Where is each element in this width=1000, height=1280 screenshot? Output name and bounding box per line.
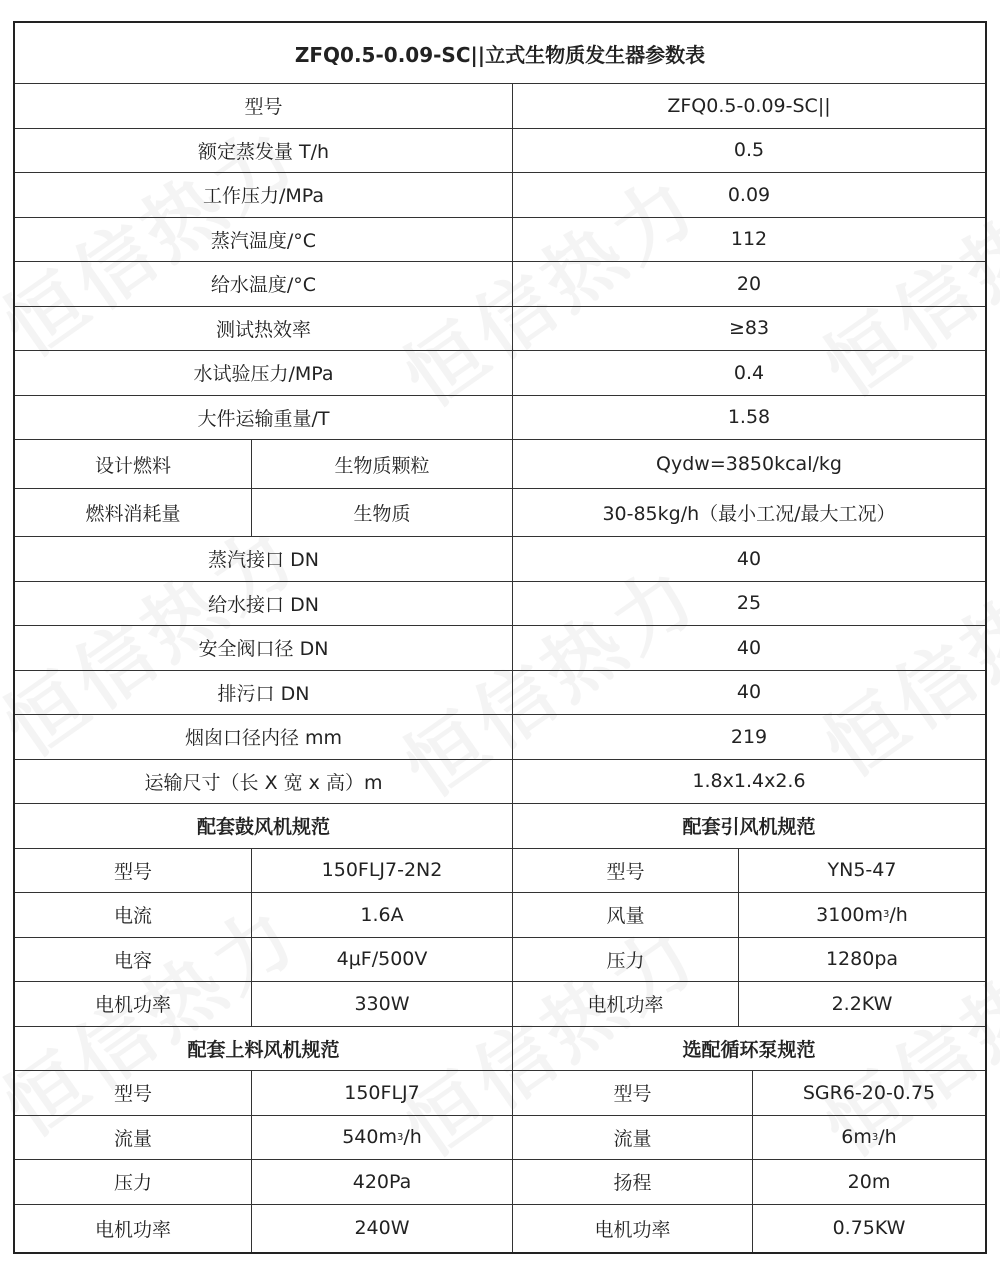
spec-value: 330W [251, 982, 512, 1026]
param-label: 烟囱口径内径 mm [15, 715, 512, 759]
table-row: 压力 420Pa 扬程 20m [15, 1159, 985, 1204]
spec-value: YN5-47 [738, 849, 985, 893]
table-row: 给水接口 DN 25 [15, 581, 985, 626]
param-label: 水试验压力/MPa [15, 351, 512, 395]
table-row: 电容 4μF/500V 压力 1280pa [15, 937, 985, 982]
spec-label: 电机功率 [15, 1205, 251, 1252]
param-label: 蒸汽接口 DN [15, 537, 512, 581]
section-title: 配套上料风机规范 [15, 1027, 512, 1071]
param-label: 额定蒸发量 T/h [15, 129, 512, 173]
spec-label: 型号 [15, 1071, 251, 1115]
spec-label: 电机功率 [512, 1205, 752, 1252]
spec-label: 型号 [512, 849, 738, 893]
table-row: 给水温度/°C 20 [15, 261, 985, 306]
table-row: 运输尺寸（长 X 宽 x 高）m 1.8x1.4x2.6 [15, 759, 985, 804]
table-row: 电机功率 330W 电机功率 2.2KW [15, 981, 985, 1026]
spec-label: 风量 [512, 893, 738, 937]
table-title: ZFQ0.5-0.09-SC||立式生物质发生器参数表 [15, 23, 985, 83]
param-label: 工作压力/MPa [15, 173, 512, 217]
fuel-label: 燃料消耗量 [15, 489, 251, 536]
param-value: 40 [512, 537, 985, 581]
table-row: 排污口 DN 40 [15, 670, 985, 715]
param-value: 25 [512, 582, 985, 626]
param-label: 蒸汽温度/°C [15, 218, 512, 262]
spec-value: 0.75KW [752, 1205, 985, 1252]
table-row: 电流 1.6A 风量 3100m3/h [15, 892, 985, 937]
table-row: 燃料消耗量 生物质 30-85kg/h（最小工况/最大工况） [15, 488, 985, 536]
param-label: 给水温度/°C [15, 262, 512, 306]
table-row: 工作压力/MPa 0.09 [15, 172, 985, 217]
table-row: 流量 540m3/h 流量 6m3/h [15, 1115, 985, 1160]
param-value: 112 [512, 218, 985, 262]
spec-value: 420Pa [251, 1160, 512, 1204]
param-value: 0.5 [512, 129, 985, 173]
spec-label: 型号 [512, 1071, 752, 1115]
param-label: 运输尺寸（长 X 宽 x 高）m [15, 760, 512, 804]
spec-label: 电机功率 [15, 982, 251, 1026]
table-row: 蒸汽温度/°C 112 [15, 217, 985, 262]
spec-value: 1280pa [738, 938, 985, 982]
param-label: 安全阀口径 DN [15, 626, 512, 670]
spec-value: 240W [251, 1205, 512, 1252]
table-row: 水试验压力/MPa 0.4 [15, 350, 985, 395]
param-label: 给水接口 DN [15, 582, 512, 626]
table-row: 型号 ZFQ0.5-0.09-SC|| [15, 83, 985, 128]
fuel-value: Qydw=3850kcal/kg [512, 440, 985, 488]
section-header-row: 配套鼓风机规范 配套引风机规范 [15, 803, 985, 848]
param-label: 大件运输重量/T [15, 396, 512, 440]
table-row: 电机功率 240W 电机功率 0.75KW [15, 1204, 985, 1252]
spec-value: 150FLJ7-2N2 [251, 849, 512, 893]
spec-label: 流量 [512, 1116, 752, 1160]
param-label: 型号 [15, 84, 512, 128]
spec-label: 流量 [15, 1116, 251, 1160]
section-title: 配套鼓风机规范 [15, 804, 512, 848]
param-label: 排污口 DN [15, 671, 512, 715]
title-row: ZFQ0.5-0.09-SC||立式生物质发生器参数表 [15, 23, 985, 83]
table-row: 安全阀口径 DN 40 [15, 625, 985, 670]
section-title: 选配循环泵规范 [512, 1027, 985, 1071]
spec-value: 150FLJ7 [251, 1071, 512, 1115]
section-title: 配套引风机规范 [512, 804, 985, 848]
fuel-value: 30-85kg/h（最小工况/最大工况） [512, 489, 985, 536]
param-value: 1.8x1.4x2.6 [512, 760, 985, 804]
param-value: 20 [512, 262, 985, 306]
param-value: 1.58 [512, 396, 985, 440]
spec-label: 电流 [15, 893, 251, 937]
param-value: 0.4 [512, 351, 985, 395]
table-row: 烟囱口径内径 mm 219 [15, 714, 985, 759]
param-value: 0.09 [512, 173, 985, 217]
table-row: 大件运输重量/T 1.58 [15, 395, 985, 440]
spec-label: 电容 [15, 938, 251, 982]
spec-value: 2.2KW [738, 982, 985, 1026]
section-header-row: 配套上料风机规范 选配循环泵规范 [15, 1026, 985, 1071]
spec-value: 20m [752, 1160, 985, 1204]
fuel-label: 设计燃料 [15, 440, 251, 488]
spec-label: 电机功率 [512, 982, 738, 1026]
spec-label: 压力 [512, 938, 738, 982]
table-row: 测试热效率 ≥83 [15, 306, 985, 351]
param-value: 40 [512, 671, 985, 715]
spec-value: 540m3/h [251, 1116, 512, 1160]
table-row: 型号 150FLJ7 型号 SGR6-20-0.75 [15, 1070, 985, 1115]
spec-value: 4μF/500V [251, 938, 512, 982]
param-label: 测试热效率 [15, 307, 512, 351]
fuel-sub: 生物质 [251, 489, 512, 536]
table-row: 设计燃料 生物质颗粒 Qydw=3850kcal/kg [15, 439, 985, 488]
spec-label: 型号 [15, 849, 251, 893]
spec-value: 6m3/h [752, 1116, 985, 1160]
param-value: 219 [512, 715, 985, 759]
spec-value: SGR6-20-0.75 [752, 1071, 985, 1115]
table-row: 型号 150FLJ7-2N2 型号 YN5-47 [15, 848, 985, 893]
spec-label: 扬程 [512, 1160, 752, 1204]
param-value: ZFQ0.5-0.09-SC|| [512, 84, 985, 128]
param-value: 40 [512, 626, 985, 670]
table-row: 蒸汽接口 DN 40 [15, 536, 985, 581]
fuel-sub: 生物质颗粒 [251, 440, 512, 488]
table-row: 额定蒸发量 T/h 0.5 [15, 128, 985, 173]
spec-value: 3100m3/h [738, 893, 985, 937]
spec-table: ZFQ0.5-0.09-SC||立式生物质发生器参数表 型号 ZFQ0.5-0.… [13, 21, 987, 1254]
param-value: ≥83 [512, 307, 985, 351]
spec-label: 压力 [15, 1160, 251, 1204]
spec-value: 1.6A [251, 893, 512, 937]
